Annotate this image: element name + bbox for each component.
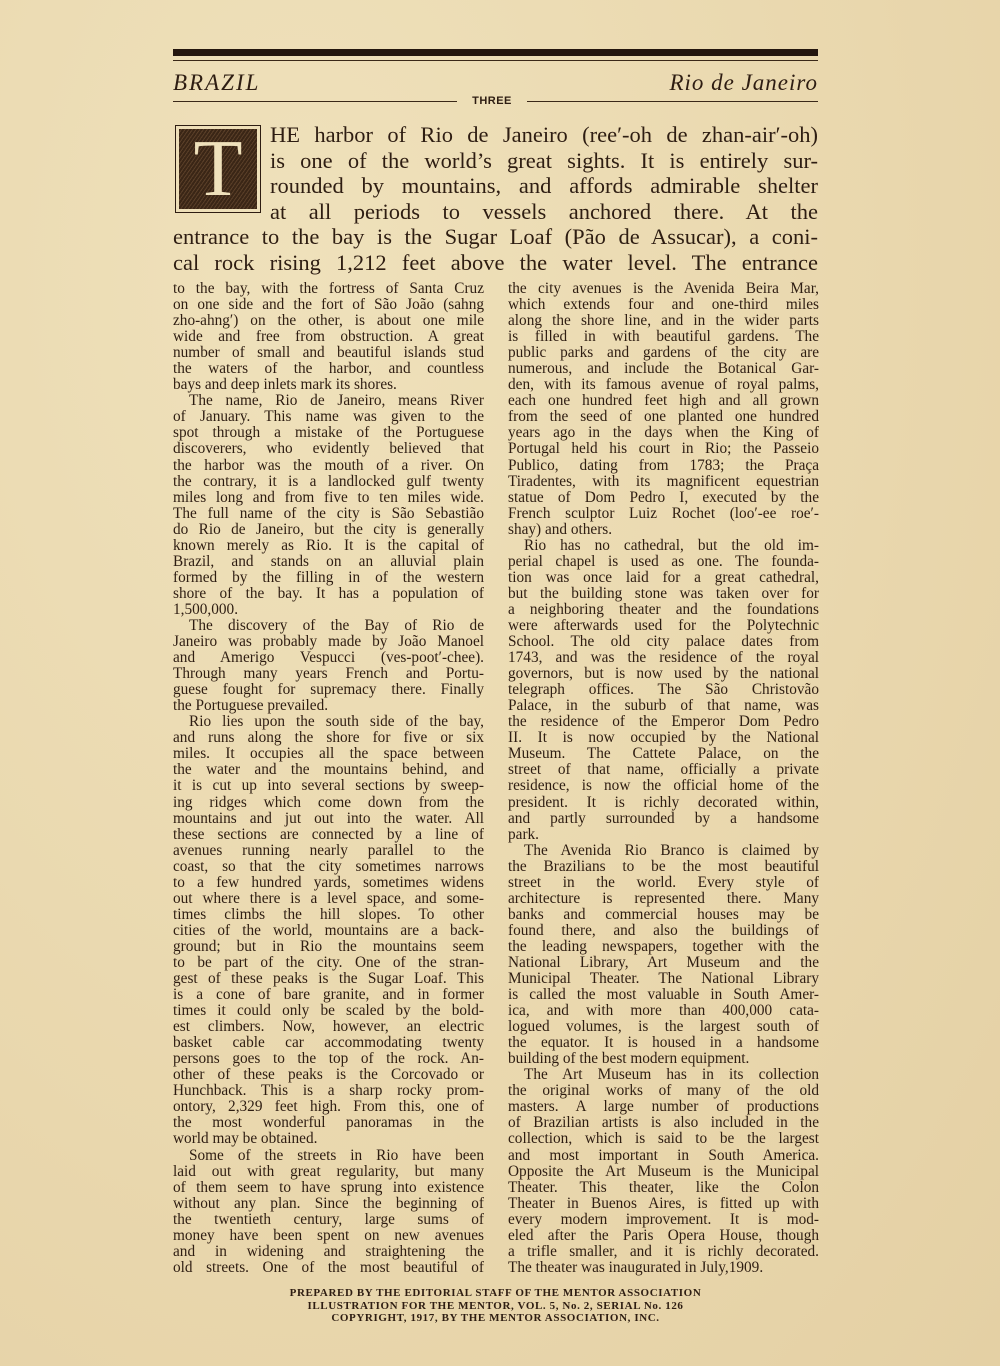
text-line: masters. A large number of productions	[508, 1099, 819, 1115]
intro-line: HE harbor of Rio de Janeiro (ree′-oh de …	[270, 122, 818, 148]
text-line: do Rio de Janeiro, but the city is gener…	[173, 522, 484, 538]
text-line: The Art Museum has in its collection	[508, 1067, 819, 1083]
text-line: est climbers. Now, however, an electric	[173, 1019, 484, 1035]
text-line: Through many years French and Portu-	[173, 666, 484, 682]
text-line: every modern improvement. It is mod-	[508, 1212, 819, 1228]
text-line: times it could only be scaled by the bol…	[173, 1003, 484, 1019]
text-line: logued volumes, is the largest south of	[508, 1019, 819, 1035]
text-line: to be part of the city. One of the stran…	[173, 955, 484, 971]
intro-paragraph: T HE harbor of Rio de Janeiro (ree′-oh d…	[173, 122, 818, 275]
text-line: Brazil, and stands on an alluvial plain	[173, 554, 484, 570]
text-line: the original works of many of the old	[508, 1083, 819, 1099]
credits-footer: PREPARED BY THE EDITORIAL STAFF OF THE M…	[173, 1287, 818, 1325]
text-line: along the shore line, and in the wider p…	[508, 313, 819, 329]
text-line: Municipal Theater. The National Library	[508, 971, 819, 987]
text-line: perial chapel is used as one. The founda…	[508, 554, 819, 570]
text-line: the residence of the Emperor Dom Pedro	[508, 714, 819, 730]
text-line: and runs along the shore for five or six	[173, 730, 484, 746]
text-line: banks and commercial houses may be	[508, 907, 819, 923]
text-line: French sculptor Luiz Rochet (loo′-ee roe…	[508, 506, 819, 522]
text-line: Janeiro was probably made by João Manoel	[173, 634, 484, 650]
text-line: money have been spent on new avenues	[173, 1228, 484, 1244]
section-number: THREE	[457, 95, 527, 107]
text-line: shay) and others.	[508, 522, 819, 538]
text-line: the water and the mountains behind, and	[173, 762, 484, 778]
text-line: and most important in South America.	[508, 1148, 819, 1164]
text-line: II. It is now occupied by the National	[508, 730, 819, 746]
text-line: to a few hundred yards, sometimes widens	[173, 875, 484, 891]
text-line: basket cable car accommodating twenty	[173, 1035, 484, 1051]
text-line: is filled in with beautiful gardens. The	[508, 329, 819, 345]
text-line: tion was once laid for a great cathedral…	[508, 570, 819, 586]
intro-line: is one of the world’s great sights. It i…	[270, 148, 818, 174]
text-line: building of the best modern equipment.	[508, 1051, 819, 1067]
text-line: the Brazilians to be the most beautiful	[508, 859, 819, 875]
text-line: known merely as Rio. It is the capital o…	[173, 538, 484, 554]
intro-line: entrance to the bay is the Sugar Loaf (P…	[173, 224, 818, 250]
text-line: ing ridges which come down from the	[173, 795, 484, 811]
text-line: Publico, dating from 1783; the Praça	[508, 458, 819, 474]
text-line: wide and free from obstruction. A great	[173, 329, 484, 345]
text-line: Hunchback. This is a sharp rocky prom-	[173, 1083, 484, 1099]
text-line: is called the most valuable in South Ame…	[508, 987, 819, 1003]
text-line: Museum. The Cattete Palace, on the	[508, 746, 819, 762]
text-line: formed by the filling in of the western	[173, 570, 484, 586]
text-line: but the building stone was taken over fo…	[508, 586, 819, 602]
text-line: Theater in Buenos Aires, is fitted up wi…	[508, 1196, 819, 1212]
text-line: persons goes to the top of the rock. An-	[173, 1051, 484, 1067]
text-line: den, with its famous avenue of royal pal…	[508, 377, 819, 393]
section-rule-left	[173, 101, 457, 102]
text-line: and in widening and straightening the	[173, 1244, 484, 1260]
text-line: park.	[508, 827, 819, 843]
text-line: of Brazilian artists is also included in…	[508, 1115, 819, 1131]
text-line: zho-ahng′) on the other, is about one mi…	[173, 313, 484, 329]
text-line: spot through a mistake of the Portuguese	[173, 425, 484, 441]
text-line: ground; but in Rio the mountains seem	[173, 939, 484, 955]
footer-line-illustration: ILLUSTRATION FOR THE MENTOR, VOL. 5, No.…	[173, 1300, 818, 1313]
text-line: the equator. It is housed in a handsome	[508, 1035, 819, 1051]
text-line: guese fought for supremacy there. Finall…	[173, 682, 484, 698]
text-line: times climbs the hill slopes. To other	[173, 907, 484, 923]
text-line: miles long and from five to ten miles wi…	[173, 490, 484, 506]
text-column-left: to the bay, with the fortress of Santa C…	[173, 281, 484, 1276]
text-line: the harbor was the mouth of a river. On	[173, 458, 484, 474]
text-line: old streets. One of the most beautiful o…	[173, 1260, 484, 1276]
text-line: School. The old city palace dates from	[508, 634, 819, 650]
text-line: avenues running nearly parallel to the	[173, 843, 484, 859]
text-line: ica, and with more than 400,000 cata-	[508, 1003, 819, 1019]
text-line: telegraph offices. The São Christovão	[508, 682, 819, 698]
footer-line-copyright: COPYRIGHT, 1917, BY THE MENTOR ASSOCIATI…	[173, 1312, 818, 1325]
text-line: the Portuguese prevailed.	[173, 698, 484, 714]
text-line: world may be obtained.	[173, 1131, 484, 1147]
text-line: number of small and beautiful islands st…	[173, 345, 484, 361]
text-line: were afterwards used for the Polytechnic	[508, 618, 819, 634]
text-line: The theater was inaugurated in July,1909…	[508, 1260, 819, 1276]
text-line: street in the world. Every style of	[508, 875, 819, 891]
text-line: is a cone of bare granite, and in former	[173, 987, 484, 1003]
text-line: found there, and also the buildings of	[508, 923, 819, 939]
text-line: Some of the streets in Rio have been	[173, 1148, 484, 1164]
running-head-city: Rio de Janeiro	[669, 70, 818, 96]
text-line: public parks and gardens of the city are	[508, 345, 819, 361]
text-line: a trifle smaller, and it is richly decor…	[508, 1244, 819, 1260]
text-line: a neighboring theater and the foundation…	[508, 602, 819, 618]
text-line: these sections are connected by a line o…	[173, 827, 484, 843]
footer-line-prepared: PREPARED BY THE EDITORIAL STAFF OF THE M…	[173, 1287, 818, 1300]
text-line: statue of Dom Pedro I, executed by the	[508, 490, 819, 506]
section-rule-right	[527, 101, 818, 102]
text-line: 1,500,000.	[173, 602, 484, 618]
text-line: which extends four and one-third miles	[508, 297, 819, 313]
text-line: the city avenues is the Avenida Beira Ma…	[508, 281, 819, 297]
text-line: the most wonderful panoramas in the	[173, 1115, 484, 1131]
text-line: years ago in the days when the King of	[508, 425, 819, 441]
text-line: coast, so that the city sometimes narrow…	[173, 859, 484, 875]
drop-cap: T	[175, 125, 261, 213]
text-line: president. It is richly decorated within…	[508, 795, 819, 811]
text-line: collection, which is said to be the larg…	[508, 1131, 819, 1147]
text-line: eled after the Paris Opera House, though	[508, 1228, 819, 1244]
text-line: of them seem to have sprung into existen…	[173, 1180, 484, 1196]
text-line: the waters of the harbor, and countless	[173, 361, 484, 377]
text-line: from the seed of one planted one hundred	[508, 409, 819, 425]
text-line: discoverers, who evidently believed that	[173, 441, 484, 457]
text-line: Rio lies upon the south side of the bay,	[173, 714, 484, 730]
text-line: residence, is now the official home of t…	[508, 778, 819, 794]
text-line: Palace, in the suburb of that name, was	[508, 698, 819, 714]
text-line: The name, Rio de Janeiro, means River	[173, 393, 484, 409]
running-head-country: BRAZIL	[173, 70, 260, 96]
text-line: Rio has no cathedral, but the old im-	[508, 538, 819, 554]
header-thick-rule	[173, 49, 818, 56]
intro-line: rounded by mountains, and affords admira…	[270, 173, 818, 199]
text-line: laid out with great regularity, but many	[173, 1164, 484, 1180]
text-line: street of that name, officially a privat…	[508, 762, 819, 778]
text-line: the leading newspapers, together with th…	[508, 939, 819, 955]
text-line: governors, but is now used by the nation…	[508, 666, 819, 682]
text-line: gest of these peaks is the Sugar Loaf. T…	[173, 971, 484, 987]
text-line: and Amerigo Vespucci (ves-poot′-chee).	[173, 650, 484, 666]
text-line: on one side and the fort of São João (sa…	[173, 297, 484, 313]
text-line: other of these peaks is the Corcovado or	[173, 1067, 484, 1083]
text-line: numerous, and include the Botanical Gar-	[508, 361, 819, 377]
text-line: to the bay, with the fortress of Santa C…	[173, 281, 484, 297]
drop-cap-letter: T	[179, 129, 257, 209]
text-line: The discovery of the Bay of Rio de	[173, 618, 484, 634]
text-line: bays and deep inlets mark its shores.	[173, 377, 484, 393]
text-line: miles. It occupies all the space between	[173, 746, 484, 762]
text-line: of January. This name was given to the	[173, 409, 484, 425]
text-line: shore of the bay. It has a population of	[173, 586, 484, 602]
text-line: mountains and jut out into the water. Al…	[173, 811, 484, 827]
text-line: without any plan. Since the beginning of	[173, 1196, 484, 1212]
text-line: Tiradentes, with its magnificent equestr…	[508, 474, 819, 490]
text-line: The Avenida Rio Branco is claimed by	[508, 843, 819, 859]
intro-line: at all periods to vessels anchored there…	[270, 199, 818, 225]
header-thin-rule	[173, 60, 818, 61]
text-line: The full name of the city is São Sebasti…	[173, 506, 484, 522]
text-line: each one hundred feet high and all grown	[508, 393, 819, 409]
text-line: cities of the world, mountains are a bac…	[173, 923, 484, 939]
text-line: Portugal held his court in Rio; the Pass…	[508, 441, 819, 457]
text-line: architecture is represented there. Many	[508, 891, 819, 907]
text-line: out where there is a level space, and so…	[173, 891, 484, 907]
text-line: National Library, Art Museum and the	[508, 955, 819, 971]
text-line: ontory, 2,329 feet high. From this, one …	[173, 1099, 484, 1115]
text-line: it is cut up into several sections by sw…	[173, 778, 484, 794]
text-column-right: the city avenues is the Avenida Beira Ma…	[508, 281, 819, 1276]
text-line: and partly surrounded by a handsome	[508, 811, 819, 827]
text-line: Theater. This theater, like the Colon	[508, 1180, 819, 1196]
text-line: Opposite the Art Museum is the Municipal	[508, 1164, 819, 1180]
text-line: 1743, and was the residence of the royal	[508, 650, 819, 666]
text-line: the contrary, it is a landlocked gulf tw…	[173, 474, 484, 490]
intro-line: cal rock rising 1,212 feet above the wat…	[173, 250, 818, 276]
text-line: the twentieth century, large sums of	[173, 1212, 484, 1228]
